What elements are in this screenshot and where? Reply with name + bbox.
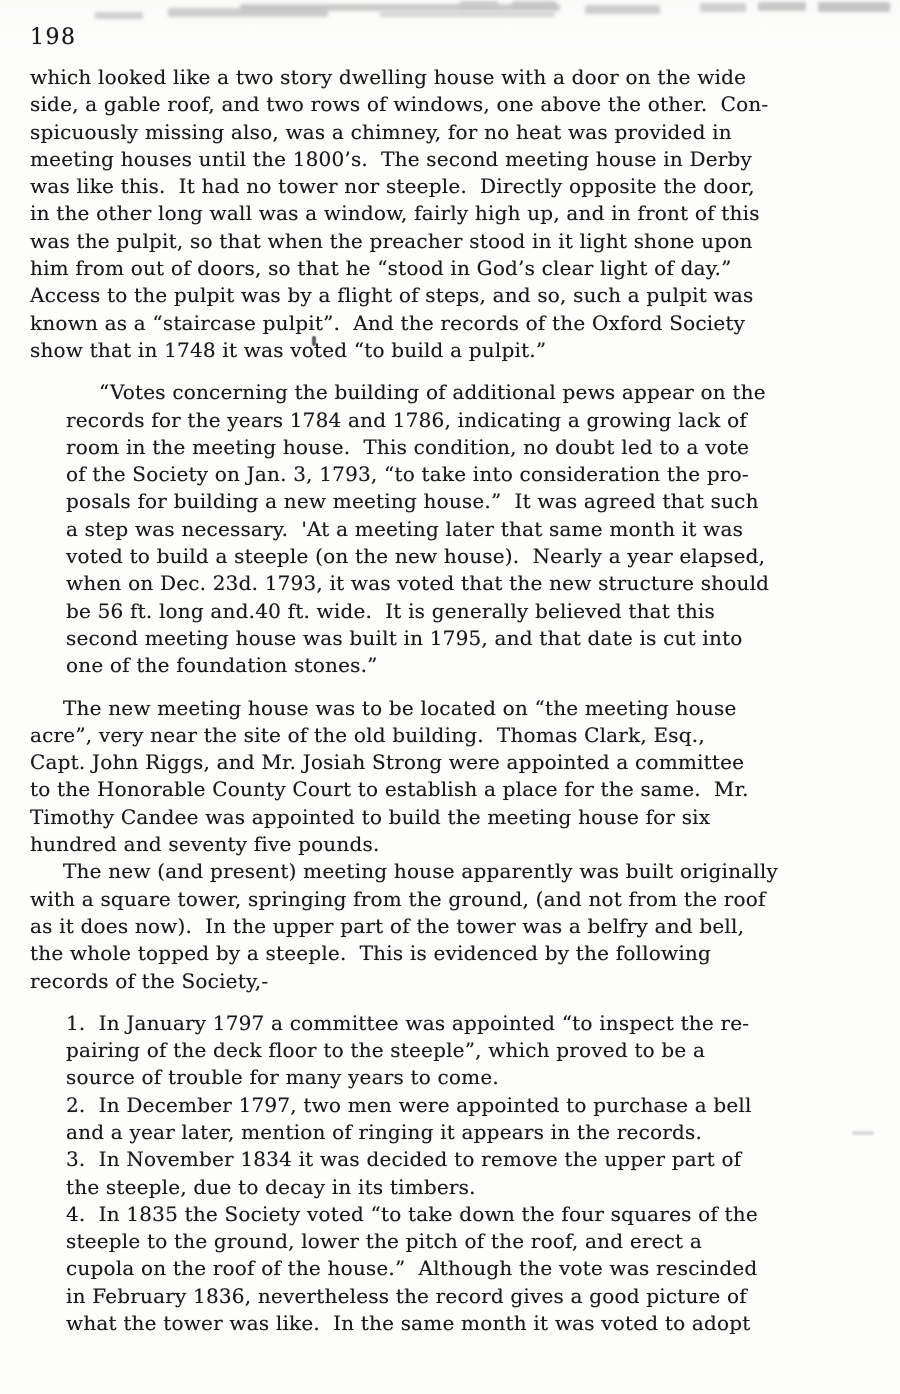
page-number: 198 xyxy=(30,25,77,50)
top-bleed-smudge xyxy=(512,1,556,9)
text-line: 3. In November 1834 it was decided to re… xyxy=(66,1146,882,1173)
text-line: hundred and seventy five pounds. xyxy=(30,831,882,858)
text-line: and a year later, mention of ringing it … xyxy=(66,1119,882,1146)
text-line: show that in 1748 it was voted “to build… xyxy=(30,337,882,364)
text-line: was the pulpit, so that when the preache… xyxy=(30,228,882,255)
text-line: be 56 ft. long and.40 ft. wide. It is ge… xyxy=(66,598,882,625)
top-bleed-smudge xyxy=(380,11,555,17)
text-line: Capt. John Riggs, and Mr. Josiah Strong … xyxy=(30,749,882,776)
text-line: records for the years 1784 and 1786, ind… xyxy=(66,407,882,434)
text-line: pairing of the deck floor to the steeple… xyxy=(66,1037,882,1064)
text-line: “Votes concerning the building of additi… xyxy=(66,379,882,406)
top-bleed-smudge xyxy=(95,12,143,19)
text-line: in February 1836, nevertheless the recor… xyxy=(66,1283,882,1310)
text-line: with a square tower, springing from the … xyxy=(30,886,882,913)
text-line: voted to build a steeple (on the new hou… xyxy=(66,543,882,570)
top-bleed-smudge xyxy=(585,5,660,14)
text-line: when on Dec. 23d. 1793, it was voted tha… xyxy=(66,570,882,597)
text-line: one of the foundation stones.” xyxy=(66,652,882,679)
text-line: 4. In 1835 the Society voted “to take do… xyxy=(66,1201,882,1228)
text-line: side, a gable roof, and two rows of wind… xyxy=(30,91,882,118)
paragraph-3: The new (and present) meeting house appa… xyxy=(30,858,882,994)
top-bleed-smudge xyxy=(700,3,746,12)
text-line: second meeting house was built in 1795, … xyxy=(66,625,882,652)
text-line: meeting houses until the 1800’s. The sec… xyxy=(30,146,882,173)
text-line: of the Society on Jan. 3, 1793, “to take… xyxy=(66,461,882,488)
scanned-book-page: 198 which looked like a two story dwelli… xyxy=(0,0,900,1394)
text-line: was like this. It had no tower nor steep… xyxy=(30,173,882,200)
text-line: the whole topped by a steeple. This is e… xyxy=(30,940,882,967)
text-line: spicuously missing also, was a chimney, … xyxy=(30,119,882,146)
text-line: 2. In December 1797, two men were appoin… xyxy=(66,1092,882,1119)
text-line: what the tower was like. In the same mon… xyxy=(66,1310,882,1337)
text-line: to the Honorable County Court to establi… xyxy=(30,776,882,803)
text-line: him from out of doors, so that he “stood… xyxy=(30,255,882,282)
paragraph-1: which looked like a two story dwelling h… xyxy=(30,64,882,364)
block-quote: “Votes concerning the building of additi… xyxy=(66,379,882,679)
text-line: a step was necessary. 'At a meeting late… xyxy=(66,516,882,543)
text-line: The new (and present) meeting house appa… xyxy=(30,858,882,885)
numbered-list: 1. In January 1797 a committee was appoi… xyxy=(66,1010,882,1338)
text-line: room in the meeting house. This conditio… xyxy=(66,434,882,461)
paragraph-2: The new meeting house was to be located … xyxy=(30,695,882,859)
text-line: cupola on the roof of the house.” Althou… xyxy=(66,1255,882,1282)
text-line: in the other long wall was a window, fai… xyxy=(30,200,882,227)
text-line: acre”, very near the site of the old bui… xyxy=(30,722,882,749)
text-line: which looked like a two story dwelling h… xyxy=(30,64,882,91)
top-bleed-smudge xyxy=(818,2,890,12)
text-line: known as a “staircase pulpit”. And the r… xyxy=(30,310,882,337)
text-line: the steeple, due to decay in its timbers… xyxy=(66,1174,882,1201)
text-line: Access to the pulpit was by a flight of … xyxy=(30,282,882,309)
text-line: source of trouble for many years to come… xyxy=(66,1064,882,1091)
text-line: 1. In January 1797 a committee was appoi… xyxy=(66,1010,882,1037)
text-line: The new meeting house was to be located … xyxy=(30,695,882,722)
page-body: which looked like a two story dwelling h… xyxy=(30,64,882,1337)
text-line: as it does now). In the upper part of th… xyxy=(30,913,882,940)
text-line: steeple to the ground, lower the pitch o… xyxy=(66,1228,882,1255)
top-bleed-smudge xyxy=(460,1,498,9)
text-line: Timothy Candee was appointed to build th… xyxy=(30,804,882,831)
top-bleed-smudge xyxy=(758,2,806,11)
text-line: posals for building a new meeting house.… xyxy=(66,488,882,515)
text-line: records of the Society,- xyxy=(30,968,882,995)
